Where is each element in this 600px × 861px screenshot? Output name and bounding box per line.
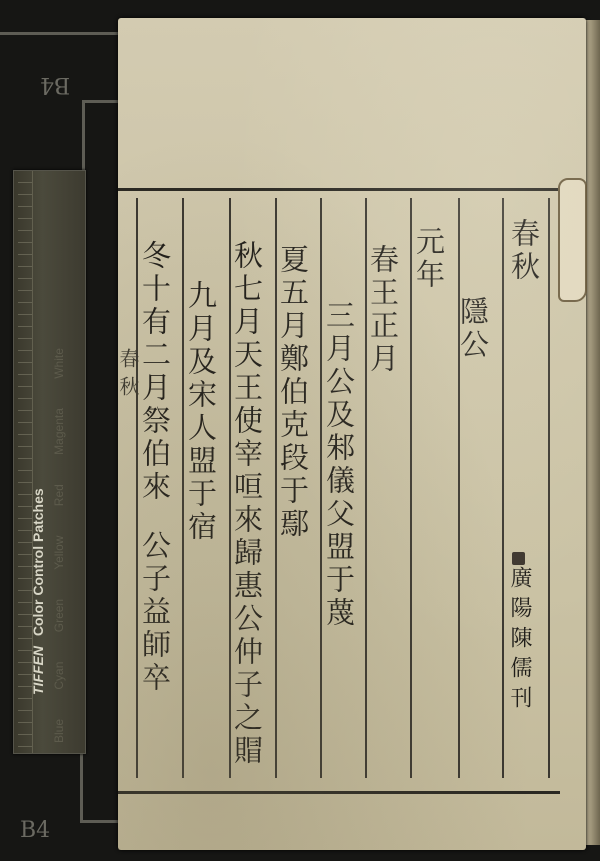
paper-tear	[558, 178, 587, 302]
background-grid-line	[0, 32, 120, 35]
color-control-strip: TIFFEN Color Control Patches Blue Cyan G…	[13, 170, 86, 754]
text-column: 夏五月鄭伯克段于鄢	[278, 244, 307, 541]
margin-label: 春秋	[118, 348, 138, 404]
book-title: 春秋	[509, 218, 538, 284]
patch-label: White	[52, 348, 66, 379]
text-column: 元年	[414, 226, 443, 292]
patch-label: Blue	[52, 719, 66, 743]
seal-mark	[512, 552, 525, 565]
background-grid-line	[80, 752, 83, 822]
text-column: 三月公及邾儀父盟于蔑	[324, 300, 353, 630]
background-grid-line	[82, 100, 85, 170]
text-column: 九月及宋人盟于宿	[186, 280, 215, 544]
patch-label: Magenta	[52, 408, 66, 455]
text-column: 秋七月天王使宰咺來歸惠公仲子之賵	[232, 240, 261, 768]
column-rule	[458, 198, 460, 778]
text-column: 公子益師卒	[140, 530, 169, 695]
tiffen-logo: TIFFEN	[30, 646, 46, 695]
strip-brand-label: TIFFEN Color Control Patches	[30, 488, 46, 695]
book-page: 春秋 隱公 元年 春王正月 三月公及邾儀父盟于蔑 夏五月鄭伯克段于鄢 秋七月天王…	[118, 18, 586, 850]
patch-label: Red	[52, 484, 66, 506]
column-rule	[502, 198, 504, 778]
column-rule	[548, 198, 550, 778]
background-grid-line	[82, 100, 118, 103]
patch-labels: Blue Cyan Green Yellow Red Magenta White	[52, 348, 66, 743]
grid-label-top: B4	[40, 72, 70, 97]
text-column: 冬十有二月祭伯來	[140, 240, 169, 504]
background-grid-line	[80, 820, 118, 823]
patch-label: Cyan	[52, 662, 66, 690]
grid-label-bottom: B4	[20, 818, 50, 843]
chapter-title: 隱公	[458, 296, 487, 362]
strip-title: Color Control Patches	[30, 488, 46, 636]
text-column: 春王正月	[368, 244, 397, 376]
patch-label: Green	[52, 599, 66, 632]
colophon: 廣陽陳儒刊	[508, 566, 530, 716]
patch-label: Yellow	[52, 536, 66, 570]
